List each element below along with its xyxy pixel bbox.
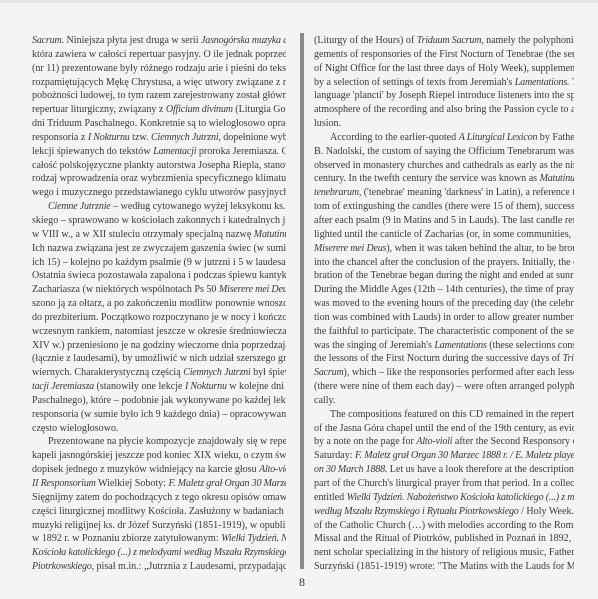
text-run: by Father — [537, 132, 574, 143]
text-line: tenebrarum, ('tenebrae' meaning 'darknes… — [314, 186, 574, 200]
text-run: Sięgnijmy zatem do pochodzących z tego o… — [32, 492, 286, 503]
text-line: Sięgnijmy zatem do pochodzących z tego o… — [32, 491, 286, 505]
text-line: wczesnym rankiem, natomiast jeszcze w ok… — [32, 325, 286, 339]
text-run: kapeli jasnogórskiej jeszcze pod koniec … — [32, 450, 286, 461]
text-line: by a note on the page for Alto-violi aft… — [314, 435, 574, 449]
text-line: do prezbiterium. Początkowo rozpoczynano… — [32, 311, 286, 325]
text-run: muzyki religijnej ks. dr Józef Surzyński… — [32, 520, 286, 531]
italic-text: F. Maletz grał Organ 30 Marzec 1888 r. /… — [355, 450, 574, 461]
italic-text: Kościoła katolickiego (...) z melodyami … — [32, 547, 286, 558]
italic-text: Matutinum — [540, 173, 574, 184]
text-line: tion was combined with Lauds) in order t… — [314, 311, 574, 325]
text-run: (stanowiły one lekcje — [94, 381, 185, 392]
text-run: w 1892 r. w Poznaniu zbiorze zatytułowan… — [32, 533, 221, 544]
text-run: ), when it was taken behind the altar, t… — [386, 243, 574, 254]
italic-text: Lamentacji — [153, 146, 196, 157]
text-line: Sacrum. Niniejsza płyta jest druga w ser… — [32, 34, 286, 48]
text-line: kapeli jasnogórskiej jeszcze pod koniec … — [32, 449, 286, 463]
italic-text: I Nokturnu — [88, 132, 130, 143]
text-run: dopełnione wyborem — [221, 132, 286, 143]
text-run: często wielogłosowo. — [32, 423, 119, 434]
text-line: szono ją za ołtarz, a po zakończeniu mod… — [32, 297, 286, 311]
italic-text: Alto-violi — [416, 436, 452, 447]
italic-text: F. Maletz grał Organ 30 Marzec 1888 r. — [169, 478, 286, 489]
text-line: century. In the twefth century the servi… — [314, 172, 574, 186]
text-line: The compositions featured on this CD rem… — [314, 408, 574, 422]
text-line: Ich nazwa związana jest ze zwyczajem gas… — [32, 242, 286, 256]
text-run: The compositions featured on this CD rem… — [330, 409, 574, 420]
text-run: of Night Office for the last three days … — [314, 63, 574, 74]
italic-text: Miserere mei Deus — [314, 243, 386, 254]
italic-text: tenebrarum, — [314, 187, 361, 198]
text-run: after each psalm (9 in Matins and 5 in L… — [314, 215, 574, 226]
text-run: The Polish- — [569, 77, 574, 88]
text-line: (nr 11) prezentowane były różnego rodzaj… — [32, 62, 286, 76]
text-line: repertuar liturgiczny, związany z Offici… — [32, 103, 286, 117]
italic-text: Matutinum tenebrarum. — [254, 229, 286, 240]
text-line: part of the Church's liturgical prayer f… — [314, 477, 574, 491]
text-run: According to the earlier-quoted — [330, 132, 459, 143]
text-line: XIV w.) przeniesiono je na godziny wiecz… — [32, 339, 286, 353]
text-line: Ciemne Jutrznie – według cytowanego wyże… — [32, 200, 286, 214]
text-line: of Night Office for the last three days … — [314, 62, 574, 76]
text-line: Paschalnego), które – podobnie jak wykon… — [32, 394, 286, 408]
text-line: II Responsorium Wielkiej Soboty: F. Male… — [32, 477, 286, 491]
text-line: was the singing of Jeremiah's Lamentatio… — [314, 339, 574, 353]
text-run: Saturday: — [314, 450, 355, 461]
italic-text: Lamentations — [434, 340, 486, 351]
text-run: the faithful to participate. The charact… — [314, 326, 574, 337]
text-line: (Liturgy of the Hours) of Triduum Sacrum… — [314, 34, 574, 48]
text-run: części liturgicznej modlitwy Kościoła. Z… — [32, 506, 286, 517]
text-line: bration of the Tenebrae began during the… — [314, 269, 574, 283]
text-line: pobożności ludowej, to tym razem zarejes… — [32, 89, 286, 103]
text-run: tzw. — [130, 132, 151, 143]
text-run: of the Catholic Church (…) with melodies… — [314, 520, 574, 531]
text-run: wego i muzycznego przedstawianego cyklu … — [32, 187, 286, 198]
text-line: by a selection of settings of texts from… — [314, 76, 574, 90]
text-line: responsoria (w sumie było ich 9 każdego … — [32, 408, 286, 422]
english-paragraph: The compositions featured on this CD rem… — [314, 408, 574, 574]
text-run: (łącznie z laudesami), by umożliwić w ni… — [32, 353, 286, 364]
text-run: ('tenebrae' meaning 'darkness' in Latin)… — [361, 187, 574, 198]
text-run: skiego – sprawowano w kościołach zakonny… — [32, 215, 286, 226]
italic-text: Jasnogórska muzyka dawna, — [201, 35, 286, 46]
italic-text: Ciemnych Jutrzni — [183, 367, 250, 378]
text-run: ), which – like the responsories perform… — [344, 367, 575, 378]
text-run: atmosphere of the recording and also bri… — [314, 104, 574, 115]
text-run: pobożności ludowej, to tym razem zarejes… — [32, 90, 286, 101]
text-line: of the Catholic Church (…) with melodies… — [314, 519, 574, 533]
text-line: According to the earlier-quoted A Liturg… — [314, 131, 574, 145]
text-line: after each psalm (9 in Matins and 5 in L… — [314, 214, 574, 228]
italic-text: według Mszału Rzymskiego i Rytuału Piotr… — [314, 506, 519, 517]
text-line: dopisek jednego z muzyków widniejący na … — [32, 463, 286, 477]
text-run: cally. — [314, 395, 335, 406]
text-line: rozpamiętujących Mękę Chrystusa, a więc … — [32, 76, 286, 90]
text-run: dni Triduum Paschalnego. Konkretnie są t… — [32, 118, 286, 129]
polish-text-column: Sacrum. Niniejsza płyta jest druga w ser… — [32, 34, 286, 574]
text-run: do prezbiterium. Początkowo rozpoczynano… — [32, 312, 286, 323]
text-run: Missal and the Ritual of Piotrków, publi… — [314, 533, 574, 544]
polish-paragraph: Prezentowane na płycie kompozycje znajdo… — [32, 435, 286, 573]
italic-text: Wielki Tydzień. Nabożeństwo Kościoła kat… — [347, 492, 574, 503]
text-run: całość polskojęzyczne plankty autorstwa … — [32, 160, 286, 171]
italic-text: tacji Jeremiasza — [32, 381, 94, 392]
text-line: która zawiera w całości repertuar pasyjn… — [32, 48, 286, 62]
text-run: . Niniejsza płyta jest druga w serii — [62, 35, 202, 46]
text-line: Miserere mei Deus), when it was taken be… — [314, 242, 574, 256]
italic-text: Triduum Sacrum, — [417, 35, 484, 46]
text-line: Saturday: F. Maletz grał Organ 30 Marzec… — [314, 449, 574, 463]
italic-text: Miserere mei Deus — [219, 284, 286, 295]
text-line: the lessons of the First Nocturn during … — [314, 352, 574, 366]
text-run: repertuar liturgiczny, związany z — [32, 104, 166, 115]
text-line: ich 15) – kolejno po każdym psalmie (9 w… — [32, 256, 286, 270]
text-line: of the Jasna Góra chapel until the end o… — [314, 422, 574, 436]
text-line: Ostatnia świeca pozostawała zapalona i p… — [32, 269, 286, 283]
text-line: lusion. — [314, 117, 574, 131]
text-run: Let us have a look therefore at the desc… — [387, 464, 574, 475]
text-run: która zawiera w całości repertuar pasyjn… — [32, 49, 286, 60]
polish-paragraph: Ciemne Jutrznie – według cytowanego wyże… — [32, 200, 286, 435]
page-number: 8 — [295, 575, 309, 590]
text-run: (nr 11) prezentowane były różnego rodzaj… — [32, 63, 286, 74]
italic-text: Piotrkowskiego, — [32, 561, 94, 572]
text-line: w VIII w., a w XII stuleciu otrzymały sp… — [32, 228, 286, 242]
italic-text: Triduum — [563, 353, 574, 364]
text-line: często wielogłosowo. — [32, 422, 286, 436]
italic-text: A Liturgical Lexicon — [459, 132, 538, 143]
text-run: gements of responsories of the First Noc… — [314, 49, 574, 60]
text-run: by a selection of settings of texts from… — [314, 77, 515, 88]
text-run: szono ją za ołtarz, a po zakończeniu mod… — [32, 298, 286, 309]
text-run: dopisek jednego z muzyków widniejący na … — [32, 464, 259, 475]
italic-text: Ciemne Jutrznie — [48, 201, 111, 212]
text-run: lusion. — [314, 118, 341, 129]
text-line: wiernych. Charakterystyczną częścią Ciem… — [32, 366, 286, 380]
text-line: Missal and the Ritual of Piotrków, publi… — [314, 532, 574, 546]
text-run: Prezentowane na płycie kompozycje znajdo… — [48, 436, 286, 447]
text-line: według Mszału Rzymskiego i Rytuału Piotr… — [314, 505, 574, 519]
text-line: gements of responsories of the First Noc… — [314, 48, 574, 62]
text-run: Surzyński (1851-1919) wrote: "The Matins… — [314, 561, 574, 572]
english-text-column: (Liturgy of the Hours) of Triduum Sacrum… — [314, 34, 574, 574]
text-line: całość polskojęzyczne plankty autorstwa … — [32, 159, 286, 173]
text-run: (there were nine of them each day) – wer… — [314, 381, 574, 392]
text-line: Piotrkowskiego, pisał m.in.: „Jutrznia z… — [32, 560, 286, 574]
text-run: Zachariasza (w niektórych wspólnotach Ps… — [32, 284, 219, 295]
text-run: was the singing of Jeremiah's — [314, 340, 434, 351]
text-run: by a note on the page for — [314, 436, 416, 447]
text-line: responsoria z I Nokturnu tzw. Ciemnych J… — [32, 131, 286, 145]
text-run: Paschalnego), które – podobnie jak wykon… — [32, 395, 286, 406]
text-run: XIV w.) przeniesiono je na godziny wiecz… — [32, 340, 286, 351]
text-line: During the Middle Ages (12th – 14th cent… — [314, 283, 574, 297]
text-line: części liturgicznej modlitwy Kościoła. Z… — [32, 505, 286, 519]
text-line: muzyki religijnej ks. dr Józef Surzyński… — [32, 519, 286, 533]
text-run: proroka Jeremiasza. Okalające — [196, 146, 286, 157]
text-run: B. Nadolski, the custom of saying the Of… — [314, 146, 574, 157]
text-line: cally. — [314, 394, 574, 408]
text-run: part of the Church's liturgical prayer f… — [314, 478, 574, 489]
text-run: (Liturgy of the Hours) of — [314, 35, 417, 46]
text-run: (Liturgia Godzin) — [233, 104, 286, 115]
text-run: lekcji śpiewanych do tekstów — [32, 146, 153, 157]
text-line: language 'plancti' by Joseph Riepel intr… — [314, 89, 574, 103]
text-line: B. Nadolski, the custom of saying the Of… — [314, 145, 574, 159]
text-run: / Holy Week. The Service — [519, 506, 574, 517]
text-line: entitled Wielki Tydzień. Nabożeństwo Koś… — [314, 491, 574, 505]
text-run: of the Jasna Góra chapel until the end o… — [314, 423, 574, 434]
italic-text: Sacrum — [314, 367, 344, 378]
text-run: tom of extingushing the candles (there w… — [314, 201, 574, 212]
text-line: atmosphere of the recording and also bri… — [314, 103, 574, 117]
text-line: on 30 March 1888. Let us have a look the… — [314, 463, 574, 477]
text-run: wczesnym rankiem, natomiast jeszcze w ok… — [32, 326, 286, 337]
text-run: w kolejne dni Triduum — [227, 381, 286, 392]
text-line: Sacrum), which – like the responsories p… — [314, 366, 574, 380]
text-run: Ich nazwa związana jest ze zwyczajem gas… — [32, 243, 286, 254]
english-paragraph: (Liturgy of the Hours) of Triduum Sacrum… — [314, 34, 574, 131]
text-run: rozpamiętujących Mękę Chrystusa, a więc … — [32, 77, 286, 88]
text-run: nent scholar specializing in the history… — [314, 547, 574, 558]
text-line: observed in monastery churches and cathe… — [314, 159, 574, 173]
text-run: entitled — [314, 492, 347, 503]
text-run: (these selections constituted — [487, 340, 574, 351]
text-line: dni Triduum Paschalnego. Konkretnie są t… — [32, 117, 286, 131]
column-divider — [300, 33, 304, 569]
text-line: tom of extingushing the candles (there w… — [314, 200, 574, 214]
italic-text: Wielki Tydzień. Nabożeństwo — [221, 533, 286, 544]
text-run: lighted until the canticle of Zacharias … — [314, 229, 574, 240]
text-run: the lessons of the First Nocturn during … — [314, 353, 563, 364]
text-run: responsoria z — [32, 132, 88, 143]
text-line: w 1892 r. w Poznaniu zbiorze zatytułowan… — [32, 532, 286, 546]
italic-text: Sacrum — [32, 35, 62, 46]
text-line: nent scholar specializing in the history… — [314, 546, 574, 560]
text-run: w VIII w., a w XII stuleciu otrzymały sp… — [32, 229, 254, 240]
text-run: responsoria (w sumie było ich 9 każdego … — [32, 409, 286, 420]
italic-text: on 30 March 1888. — [314, 464, 387, 475]
text-line: (there were nine of them each day) – wer… — [314, 380, 574, 394]
italic-text: I Nokturnu — [185, 381, 227, 392]
text-run: był śpiew — [251, 367, 286, 378]
text-run: namely the polyphonic arran- — [484, 35, 574, 46]
text-line: lighted until the canticle of Zacharias … — [314, 228, 574, 242]
text-line: the faithful to participate. The charact… — [314, 325, 574, 339]
text-line: tacji Jeremiasza (stanowiły one lekcje I… — [32, 380, 286, 394]
text-run: wiernych. Charakterystyczną częścią — [32, 367, 183, 378]
text-run: tion was combined with Lauds) in order t… — [314, 312, 574, 323]
text-run: after the Second Responsory on Holy — [452, 436, 574, 447]
text-run: bration of the Tenebrae began during the… — [314, 270, 574, 281]
text-line: (łącznie z laudesami), by umożliwić w ni… — [32, 352, 286, 366]
italic-text: Ciemnych Jutrzni, — [151, 132, 221, 143]
italic-text: Alto-violi — [259, 464, 286, 475]
text-line: Surzyński (1851-1919) wrote: "The Matins… — [314, 560, 574, 574]
text-line: Zachariasza (w niektórych wspólnotach Ps… — [32, 283, 286, 297]
text-line: rodzaj wprowadzenia oraz wybrzmienia spe… — [32, 172, 286, 186]
text-run: – według cytowanego wyżej leksykonu ks. … — [111, 201, 286, 212]
text-run: ich 15) – kolejno po każdym psalmie (9 w… — [32, 257, 286, 268]
text-line: lekcji śpiewanych do tekstów Lamentacji … — [32, 145, 286, 159]
text-line: skiego – sprawowano w kościołach zakonny… — [32, 214, 286, 228]
text-run: observed in monastery churches and cathe… — [314, 160, 574, 171]
italic-text: Officium divinum — [166, 104, 233, 115]
text-run: pisał m.in.: „Jutrznia z Laudesami, przy… — [94, 561, 286, 572]
text-run: into the chancel after the conclusion of… — [314, 257, 574, 268]
text-run: century. In the twefth century the servi… — [314, 173, 540, 184]
text-run: was moved to the evening hours of the pr… — [314, 298, 574, 309]
page-top-edge — [0, 0, 598, 3]
polish-paragraph: Sacrum. Niniejsza płyta jest druga w ser… — [32, 34, 286, 200]
text-line: Prezentowane na płycie kompozycje znajdo… — [32, 435, 286, 449]
text-run: Wielkiej Soboty: — [96, 478, 169, 489]
text-run: Ostatnia świeca pozostawała zapalona i p… — [32, 270, 286, 281]
text-run: During the Middle Ages (12th – 14th cent… — [314, 284, 574, 295]
text-run: rodzaj wprowadzenia oraz wybrzmienia spe… — [32, 173, 286, 184]
text-line: into the chancel after the conclusion of… — [314, 256, 574, 270]
text-line: was moved to the evening hours of the pr… — [314, 297, 574, 311]
text-line: Kościoła katolickiego (...) z melodyami … — [32, 546, 286, 560]
italic-text: II Responsorium — [32, 478, 96, 489]
text-line: wego i muzycznego przedstawianego cyklu … — [32, 186, 286, 200]
italic-text: Lamentations. — [515, 77, 570, 88]
english-paragraph: According to the earlier-quoted A Liturg… — [314, 131, 574, 408]
text-run: language 'plancti' by Joseph Riepel intr… — [314, 90, 574, 101]
